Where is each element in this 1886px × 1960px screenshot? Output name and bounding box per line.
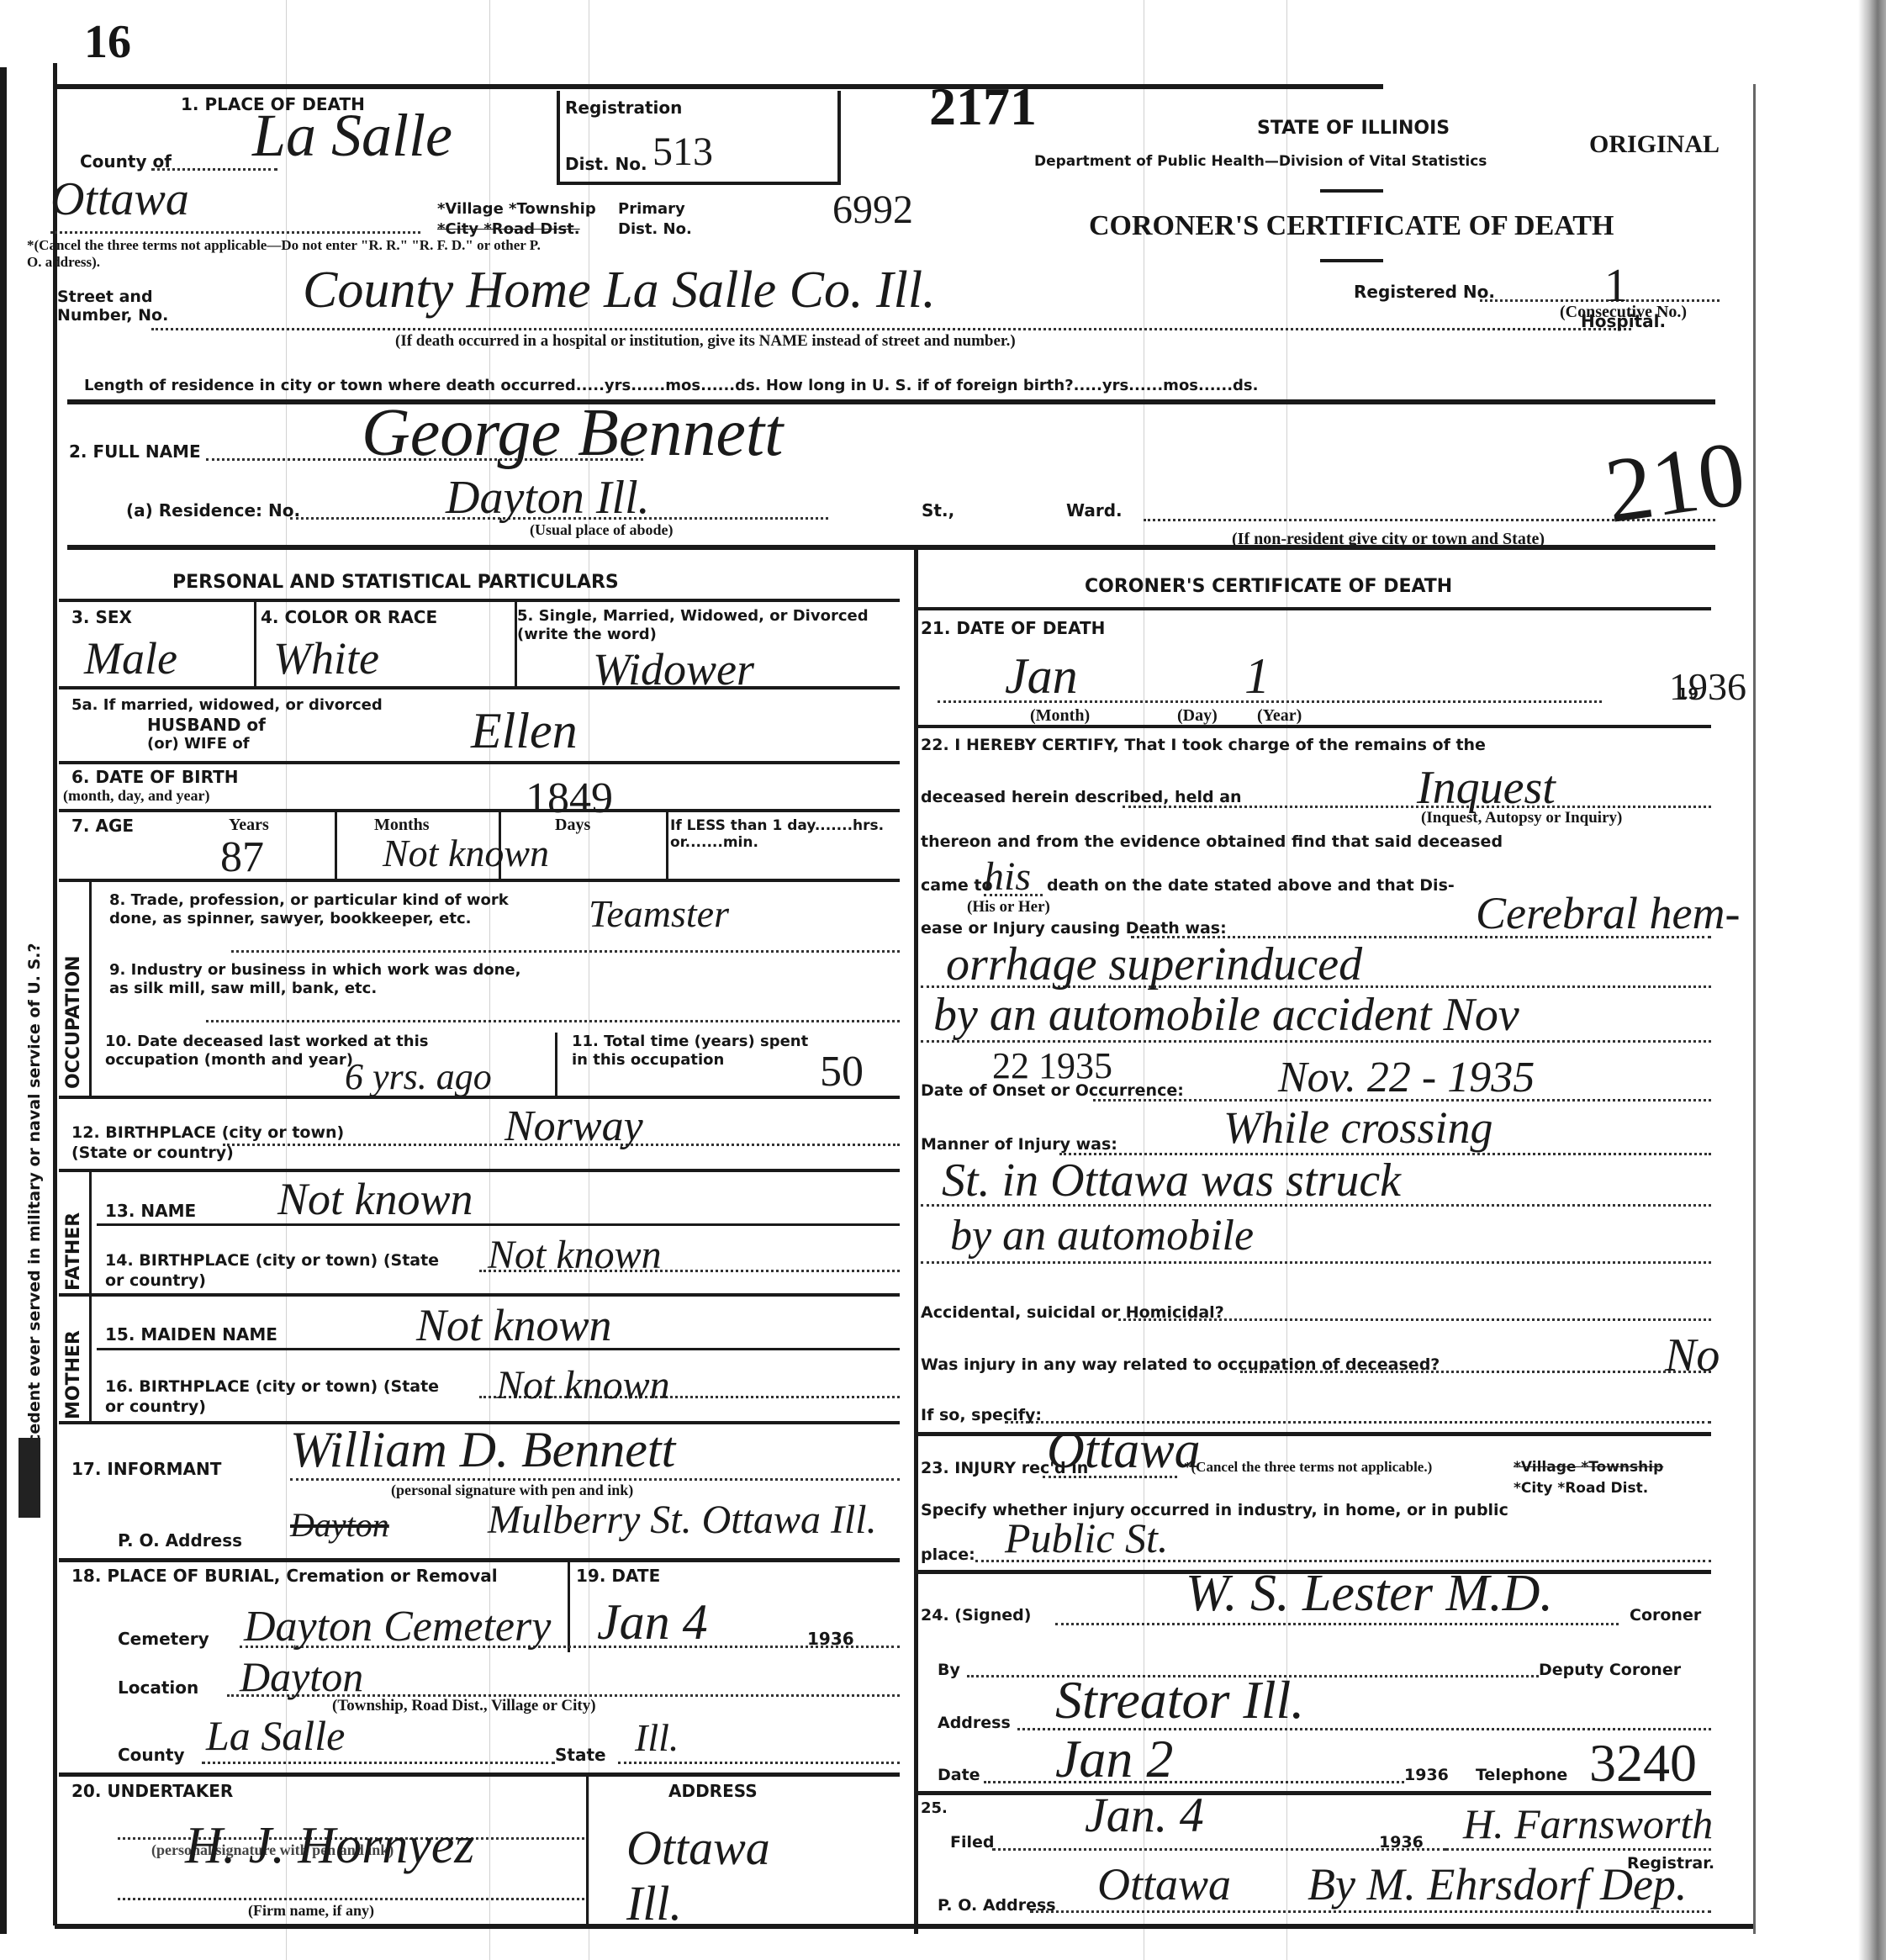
manner-line-2: St. in Ottawa was struck	[942, 1154, 1401, 1207]
undertaker-label: 20. UNDERTAKER	[71, 1781, 233, 1801]
total-time-value: 50	[820, 1047, 864, 1096]
certify-line-2: deceased herein described, held an	[921, 788, 1242, 806]
marital-label: 5. Single, Married, Widowed, or Divorced…	[517, 607, 904, 644]
filed-year-value: 1936	[1379, 1833, 1424, 1852]
father-birthplace-value: Not known	[488, 1232, 662, 1278]
burial-county-value: La Salle	[206, 1711, 345, 1760]
manner-line-1: While crossing	[1223, 1102, 1492, 1154]
registered-no-label: Registered No.	[1354, 282, 1495, 302]
consecutive-label: (Consecutive No.)	[1560, 303, 1687, 322]
burial-date-value: Jan 4	[597, 1593, 708, 1651]
burial-state-value: Ill.	[635, 1715, 679, 1760]
day-note: (Day)	[1177, 706, 1218, 726]
scan-left-border	[0, 67, 7, 1934]
registration-dist-value: 513	[652, 129, 713, 175]
trade-value: Teamster	[589, 891, 729, 936]
form-right-border	[1753, 84, 1756, 1934]
location-value: Dayton	[240, 1652, 363, 1701]
onset-value: Nov. 22 - 1935	[1278, 1053, 1535, 1102]
certificate-title: CORONER'S CERTIFICATE OF DEATH	[1089, 210, 1614, 242]
spouse-label-1: 5a. If married, widowed, or divorced	[71, 696, 383, 714]
father-birthplace-label: 14. BIRTHPLACE (city or town) (State or …	[105, 1250, 458, 1291]
divider	[67, 545, 1715, 550]
occupation-tab: OCCUPATION	[63, 955, 84, 1089]
informant-value: William D. Bennett	[290, 1421, 675, 1479]
certify-line-3: thereon and from the evidence obtained f…	[921, 832, 1503, 851]
street-st-label: St.,	[922, 500, 954, 520]
coroner-label: Coroner	[1630, 1606, 1701, 1625]
form-bottom-border	[55, 1924, 1753, 1929]
department-label: Department of Public Health—Division of …	[1034, 153, 1487, 170]
mother-birthplace-label: 16. BIRTHPLACE (city or town) (State or …	[105, 1376, 458, 1417]
date-year-value: 1936	[1404, 1766, 1449, 1784]
occupation-related-value: No	[1665, 1329, 1720, 1382]
location-note: (Township, Road Dist., Village or City)	[332, 1697, 596, 1715]
ward-label: Ward.	[1066, 500, 1123, 520]
column-divider	[914, 547, 918, 1934]
year-note: (Year)	[1257, 706, 1302, 726]
dob-label: 6. DATE OF BIRTH	[71, 767, 238, 787]
abode-note: (Usual place of abode)	[530, 521, 674, 539]
primary-label: Primary	[618, 200, 685, 218]
certify-line-1: 22. I HEREBY CERTIFY, That I took charge…	[921, 736, 1486, 754]
registration-box: Registration Dist. No. 513	[557, 91, 841, 185]
firm-note: (Firm name, if any)	[248, 1902, 374, 1920]
undertaker-value: H. J. Hornyez	[185, 1816, 474, 1876]
form-top-border	[55, 84, 1383, 89]
place-value: Public St.	[1005, 1514, 1168, 1562]
place-label: place:	[921, 1545, 975, 1564]
village-terms: *Village *Township	[437, 200, 596, 218]
full-name-value: George Bennett	[362, 395, 783, 472]
hospital-note: (If death occurred in a hospital or inst…	[395, 332, 1016, 351]
pointing-hand-icon	[18, 1438, 40, 1518]
month-note: (Month)	[1030, 706, 1090, 726]
held-value: Inquest	[1417, 761, 1556, 815]
burial-label: 18. PLACE OF BURIAL, Cremation or Remova…	[71, 1566, 498, 1586]
injury-cancel-note: *(Cancel the three terms not applicable.…	[1184, 1459, 1432, 1476]
county-value: La Salle	[252, 101, 452, 171]
cause-line-1: Cerebral hem-	[1476, 887, 1740, 939]
his-her-note: (His or Her)	[967, 898, 1050, 917]
undertaker-address-value: Ottawa Ill.	[626, 1820, 837, 1931]
total-time-label: 11. Total time (years) spent in this occ…	[572, 1033, 824, 1070]
cause-line-3: by an automobile accident Nov	[933, 988, 1519, 1042]
manner-label: Manner of Injury was:	[921, 1135, 1117, 1154]
deputy-registrar-signature: By M. Ehrsdorf Dep.	[1308, 1858, 1687, 1910]
spouse-label-2: HUSBAND of	[147, 715, 266, 735]
age-years-value: 87	[220, 832, 264, 882]
age-months-days-value: Not known	[383, 831, 549, 875]
mother-birthplace-value: Not known	[496, 1362, 670, 1408]
his-her-value: his	[984, 853, 1031, 900]
divider	[67, 399, 1715, 404]
spouse-value: Ellen	[471, 702, 578, 760]
city-terms: *City *Road Dist.	[437, 220, 580, 238]
location-label: Location	[118, 1677, 198, 1698]
date-label: Date	[938, 1766, 980, 1784]
corner-number: 210	[1599, 420, 1751, 545]
telephone-value: 3240	[1589, 1732, 1697, 1794]
cause-label: ease or Injury causing Death was:	[921, 919, 1227, 938]
form-left-border	[53, 63, 57, 1926]
mother-name-value: Not known	[416, 1299, 612, 1351]
trade-label: 8. Trade, profession, or particular kind…	[109, 891, 530, 928]
injury-terms-1: *Village *Township	[1514, 1459, 1663, 1476]
birthplace-label: 12. BIRTHPLACE (city or town) (State or …	[71, 1123, 357, 1163]
industry-label: 9. Industry or business in which work wa…	[109, 961, 530, 998]
filed-label: Filed	[950, 1833, 995, 1852]
street-label: Street and Number, No.	[57, 288, 183, 325]
state-label: STATE OF ILLINOIS	[1257, 118, 1450, 139]
dod-label: 21. DATE OF DEATH	[921, 618, 1105, 638]
po-struck-value: Dayton	[290, 1505, 389, 1545]
manner-line-3: by an automobile	[950, 1211, 1254, 1260]
street-value: County Home La Salle Co. Ill.	[303, 261, 936, 320]
registration-label: Registration	[565, 98, 682, 118]
cause-line-2: orrhage superinduced	[946, 938, 1362, 991]
registrar-value: H. Farnsworth	[1463, 1799, 1713, 1848]
race-value: White	[273, 632, 379, 684]
by-label: By	[938, 1661, 960, 1679]
coroner-heading: CORONER'S CERTIFICATE OF DEATH	[1085, 576, 1452, 597]
filed-po-value: Ottawa	[1097, 1858, 1231, 1910]
injury-place-value: Ottawa	[1047, 1421, 1201, 1481]
dod-month-value: Jan	[1005, 647, 1078, 705]
primary-dist-value: 6992	[832, 187, 913, 233]
race-label: 4. COLOR OR RACE	[261, 607, 437, 627]
sex-value: Male	[84, 632, 177, 684]
cemetery-label: Cemetery	[118, 1629, 209, 1649]
held-note: (Inquest, Autopsy or Inquiry)	[1421, 809, 1622, 827]
certify-line-4b: death on the date stated above and that …	[1047, 876, 1455, 895]
full-name-label: 2. FULL NAME	[69, 441, 201, 462]
father-name-value: Not known	[277, 1173, 473, 1225]
telephone-label: Telephone	[1476, 1766, 1567, 1784]
dob-sub-label: (month, day, and year)	[63, 787, 210, 805]
residence-value: Dayton Ill.	[446, 471, 650, 525]
birthplace-value: Norway	[505, 1102, 643, 1151]
spouse-label-3: (or) WIFE of	[147, 735, 250, 753]
signed-value: W. S. Lester M.D.	[1186, 1564, 1553, 1624]
dod-day-value: 1	[1244, 647, 1270, 705]
certify-line-4a: came to	[921, 876, 993, 895]
sex-label: 3. SEX	[71, 607, 132, 627]
burial-state-label: State	[555, 1745, 606, 1765]
father-tab: FATHER	[63, 1212, 84, 1291]
deputy-coroner-label: Deputy Coroner	[1539, 1661, 1681, 1679]
address-value: Streator Ill.	[1055, 1669, 1304, 1731]
injury-terms-2: *City *Road Dist.	[1514, 1480, 1648, 1497]
page-number: 16	[84, 15, 131, 69]
residence-label: (a) Residence: No.	[126, 500, 300, 520]
signed-label: 24. (Signed)	[921, 1606, 1031, 1625]
less-than-day-label: If LESS than 1 day.......hrs. or.......m…	[670, 817, 897, 851]
po-address-value: Mulberry St. Ottawa Ill.	[488, 1497, 877, 1543]
burial-date-label: 19. DATE	[576, 1566, 660, 1586]
days-label: Days	[555, 816, 590, 835]
personal-heading: PERSONAL AND STATISTICAL PARTICULARS	[172, 572, 619, 593]
undertaker-address-label: ADDRESS	[668, 1781, 758, 1801]
father-name-label: 13. NAME	[105, 1201, 196, 1221]
filed-value: Jan. 4	[1085, 1787, 1204, 1843]
last-worked-value: 6 yrs. ago	[345, 1055, 492, 1098]
residence-length: Length of residence in city or town wher…	[84, 377, 1259, 394]
po-address-label: P. O. Address	[118, 1530, 242, 1551]
address-label: Address	[938, 1714, 1011, 1732]
primary-dist-label: Dist. No.	[618, 220, 692, 238]
burial-county-label: County	[118, 1745, 185, 1765]
dod-year-value: 1936	[1669, 664, 1746, 709]
mother-tab: MOTHER	[63, 1330, 84, 1419]
dist-label: Dist. No.	[565, 154, 647, 174]
town-value: Ottawa	[50, 172, 189, 226]
original-label: ORIGINAL	[1589, 130, 1720, 159]
age-label: 7. AGE	[71, 816, 134, 836]
cemetery-value: Dayton Cemetery	[244, 1602, 551, 1651]
informant-label: 17. INFORMANT	[71, 1459, 221, 1479]
filed-number: 25.	[921, 1799, 948, 1817]
date-value: Jan 2	[1055, 1728, 1173, 1790]
onset-label: Date of Onset or Occurrence:	[921, 1081, 1184, 1100]
mother-name-label: 15. MAIDEN NAME	[105, 1324, 277, 1345]
scan-edge-shadow	[1858, 0, 1886, 1960]
burial-year-value: 1936	[807, 1629, 854, 1649]
military-service-note: Has decedent ever served in military or …	[25, 943, 44, 1505]
